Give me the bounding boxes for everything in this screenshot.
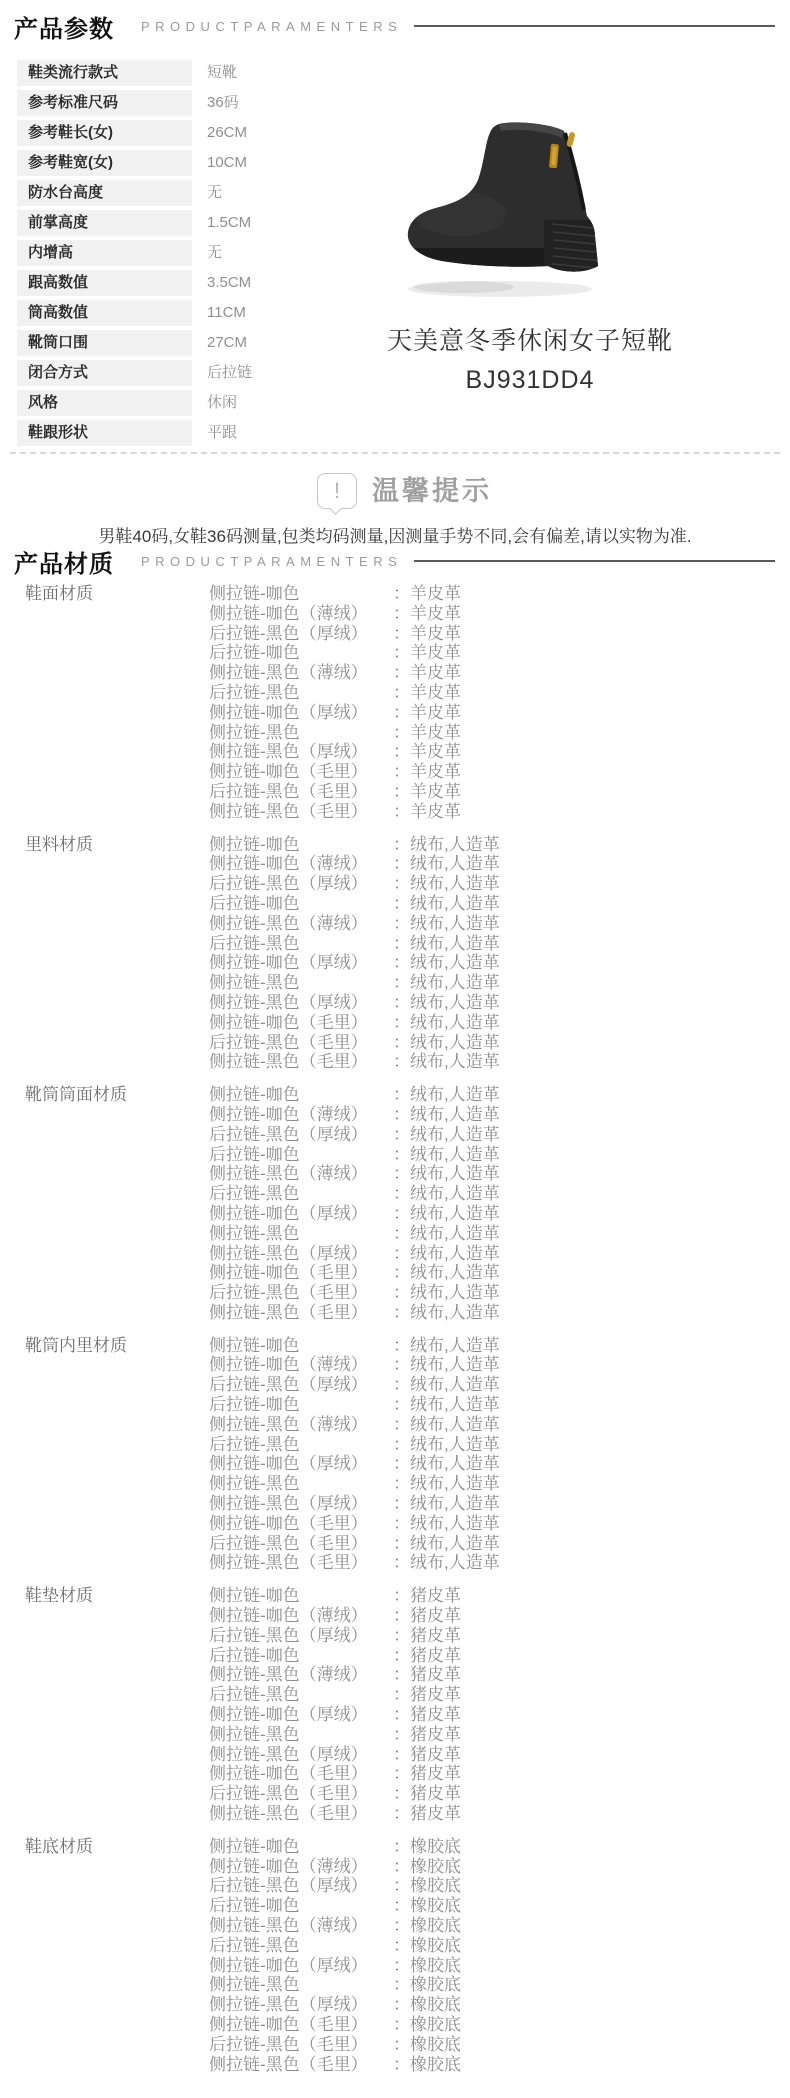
material-colon: ： xyxy=(393,1804,410,1824)
variant-name: 侧拉链-咖色（毛里） xyxy=(209,1764,393,1784)
material-value: 绒布,人造革 xyxy=(410,1283,500,1303)
material-row: 侧拉链-咖色（薄绒） ： 猪皮革 xyxy=(209,1606,775,1626)
spec-value: 休闲 xyxy=(207,390,237,416)
material-value: 绒布,人造革 xyxy=(410,1514,500,1534)
variant-name: 侧拉链-咖色（毛里） xyxy=(209,2015,393,2035)
variant-name: 侧拉链-黑色（厚绒） xyxy=(209,742,393,762)
material-row: 后拉链-黑色 ： 绒布,人造革 xyxy=(209,934,775,954)
variant-name: 侧拉链-咖色（薄绒） xyxy=(209,1857,393,1877)
variant-name: 侧拉链-黑色 xyxy=(209,1474,393,1494)
material-value: 猪皮革 xyxy=(410,1764,461,1784)
spec-label: 防水台高度 xyxy=(17,180,192,206)
material-category-label: 鞋底材质 xyxy=(17,1837,209,2075)
material-row: 侧拉链-咖色（厚绒） ： 猪皮革 xyxy=(209,1705,775,1725)
material-row: 侧拉链-黑色 ： 猪皮革 xyxy=(209,1725,775,1745)
material-value: 绒布,人造革 xyxy=(410,1052,500,1072)
variant-name: 侧拉链-咖色（毛里） xyxy=(209,1013,393,1033)
variant-name: 侧拉链-咖色 xyxy=(209,584,393,604)
material-colon: ： xyxy=(393,1685,410,1705)
material-value: 绒布,人造革 xyxy=(410,973,500,993)
material-row: 后拉链-咖色 ： 绒布,人造革 xyxy=(209,1395,775,1415)
spec-value: 无 xyxy=(207,240,222,266)
header-rule xyxy=(414,560,775,562)
material-colon: ： xyxy=(393,1916,410,1936)
header-rule xyxy=(414,25,775,27)
material-value: 绒布,人造革 xyxy=(410,934,500,954)
variant-name: 侧拉链-咖色 xyxy=(209,1336,393,1356)
variant-name: 侧拉链-黑色（薄绒） xyxy=(209,1415,393,1435)
material-row: 侧拉链-咖色（毛里） ： 绒布,人造革 xyxy=(209,1263,775,1283)
material-row: 侧拉链-黑色 ： 绒布,人造革 xyxy=(209,973,775,993)
material-value: 橡胶底 xyxy=(410,1956,461,1976)
variant-name: 侧拉链-黑色 xyxy=(209,1975,393,1995)
material-rows: 侧拉链-咖色 ： 绒布,人造革 侧拉链-咖色（薄绒） ： 绒布,人造革 后拉链-… xyxy=(209,1085,775,1323)
variant-name: 后拉链-黑色 xyxy=(209,934,393,954)
variant-name: 侧拉链-黑色（薄绒） xyxy=(209,1916,393,1936)
variant-name: 侧拉链-黑色 xyxy=(209,973,393,993)
spec-value: 3.5CM xyxy=(207,270,251,296)
material-row: 后拉链-黑色（厚绒） ： 绒布,人造革 xyxy=(209,874,775,894)
material-colon: ： xyxy=(393,1204,410,1224)
material-row: 侧拉链-黑色（薄绒） ： 橡胶底 xyxy=(209,1916,775,1936)
material-value: 绒布,人造革 xyxy=(410,1033,500,1053)
variant-name: 侧拉链-咖色（薄绒） xyxy=(209,854,393,874)
variant-name: 侧拉链-咖色（厚绒） xyxy=(209,953,393,973)
material-colon: ： xyxy=(393,1052,410,1072)
material-colon: ： xyxy=(393,854,410,874)
material-colon: ： xyxy=(393,1784,410,1804)
material-colon: ： xyxy=(393,1857,410,1877)
material-value: 羊皮革 xyxy=(410,604,461,624)
material-value: 绒布,人造革 xyxy=(410,1435,500,1455)
material-row: 侧拉链-咖色 ： 绒布,人造革 xyxy=(209,1336,775,1356)
material-colon: ： xyxy=(393,934,410,954)
params-header-title: 产品参数 xyxy=(14,9,114,44)
material-value: 绒布,人造革 xyxy=(410,1553,500,1573)
material-row: 后拉链-咖色 ： 猪皮革 xyxy=(209,1646,775,1666)
material-value: 绒布,人造革 xyxy=(410,1303,500,1323)
material-colon: ： xyxy=(393,1745,410,1765)
exclamation-glyph: ! xyxy=(334,478,340,503)
material-value: 绒布,人造革 xyxy=(410,1336,500,1356)
material-value: 绒布,人造革 xyxy=(410,1013,500,1033)
spec-label: 鞋跟形状 xyxy=(17,420,192,446)
material-value: 羊皮革 xyxy=(410,802,461,822)
spec-label: 内增高 xyxy=(17,240,192,266)
spec-label: 参考鞋宽(女) xyxy=(17,150,192,176)
material-value: 猪皮革 xyxy=(410,1606,461,1626)
material-value: 羊皮革 xyxy=(410,742,461,762)
material-colon: ： xyxy=(393,584,410,604)
material-row: 后拉链-黑色（厚绒） ： 猪皮革 xyxy=(209,1626,775,1646)
material-colon: ： xyxy=(393,1876,410,1896)
material-value: 猪皮革 xyxy=(410,1586,461,1606)
variant-name: 侧拉链-黑色（薄绒） xyxy=(209,914,393,934)
material-row: 侧拉链-咖色 ： 猪皮革 xyxy=(209,1586,775,1606)
material-row: 后拉链-黑色（厚绒） ： 绒布,人造革 xyxy=(209,1125,775,1145)
material-colon: ： xyxy=(393,1705,410,1725)
spec-label: 闭合方式 xyxy=(17,360,192,386)
material-colon: ： xyxy=(393,1606,410,1626)
material-colon: ： xyxy=(393,1105,410,1125)
material-row: 后拉链-黑色 ： 绒布,人造革 xyxy=(209,1184,775,1204)
variant-name: 后拉链-黑色（厚绒） xyxy=(209,1626,393,1646)
material-row: 侧拉链-黑色（厚绒） ： 猪皮革 xyxy=(209,1745,775,1765)
material-section: 靴筒内里材质 侧拉链-咖色 ： 绒布,人造革 侧拉链-咖色（薄绒） ： 绒布,人… xyxy=(17,1336,775,1574)
material-row: 侧拉链-黑色（毛里） ： 猪皮革 xyxy=(209,1804,775,1824)
variant-name: 侧拉链-咖色（薄绒） xyxy=(209,1606,393,1626)
material-row: 侧拉链-黑色（毛里） ： 橡胶底 xyxy=(209,2055,775,2075)
material-value: 橡胶底 xyxy=(410,1975,461,1995)
material-rows: 侧拉链-咖色 ： 绒布,人造革 侧拉链-咖色（薄绒） ： 绒布,人造革 后拉链-… xyxy=(209,1336,775,1574)
variant-name: 侧拉链-咖色（薄绒） xyxy=(209,604,393,624)
variant-name: 侧拉链-黑色（厚绒） xyxy=(209,1244,393,1264)
material-colon: ： xyxy=(393,742,410,762)
variant-name: 后拉链-黑色（毛里） xyxy=(209,2035,393,2055)
material-colon: ： xyxy=(393,1283,410,1303)
material-colon: ： xyxy=(393,1355,410,1375)
spec-table-row: 鞋类流行款式 短靴 xyxy=(17,60,637,90)
variant-name: 后拉链-黑色 xyxy=(209,1184,393,1204)
material-row: 后拉链-黑色（毛里） ： 羊皮革 xyxy=(209,782,775,802)
material-colon: ： xyxy=(393,1435,410,1455)
material-category-label: 鞋垫材质 xyxy=(17,1586,209,1824)
variant-name: 侧拉链-咖色（薄绒） xyxy=(209,1105,393,1125)
material-row: 侧拉链-咖色（毛里） ： 绒布,人造革 xyxy=(209,1013,775,1033)
material-row: 侧拉链-咖色（厚绒） ： 绒布,人造革 xyxy=(209,953,775,973)
material-colon: ： xyxy=(393,874,410,894)
product-photo-boot xyxy=(402,118,620,308)
material-value: 绒布,人造革 xyxy=(410,1085,500,1105)
material-row: 后拉链-咖色 ： 羊皮革 xyxy=(209,643,775,663)
material-value: 羊皮革 xyxy=(410,663,461,683)
material-colon: ： xyxy=(393,624,410,644)
material-colon: ： xyxy=(393,1224,410,1244)
material-row: 后拉链-黑色（厚绒） ： 绒布,人造革 xyxy=(209,1375,775,1395)
material-category-label: 靴筒内里材质 xyxy=(17,1336,209,1574)
material-row: 侧拉链-黑色（薄绒） ： 绒布,人造革 xyxy=(209,1164,775,1184)
material-row: 后拉链-咖色 ： 橡胶底 xyxy=(209,1896,775,1916)
material-rows: 侧拉链-咖色 ： 猪皮革 侧拉链-咖色（薄绒） ： 猪皮革 后拉链-黑色（厚绒）… xyxy=(209,1586,775,1824)
params-header-subtitle: PRODUCTPARAMENTERS xyxy=(141,19,402,34)
variant-name: 后拉链-黑色（毛里） xyxy=(209,1283,393,1303)
variant-name: 后拉链-黑色（毛里） xyxy=(209,1784,393,1804)
material-value: 橡胶底 xyxy=(410,1876,461,1896)
spec-value: 11CM xyxy=(207,300,246,326)
material-colon: ： xyxy=(393,762,410,782)
material-colon: ： xyxy=(393,1626,410,1646)
material-value: 绒布,人造革 xyxy=(410,1454,500,1474)
material-row: 侧拉链-黑色 ： 羊皮革 xyxy=(209,723,775,743)
variant-name: 后拉链-咖色 xyxy=(209,1646,393,1666)
material-value: 绒布,人造革 xyxy=(410,1355,500,1375)
material-colon: ： xyxy=(393,1665,410,1685)
material-colon: ： xyxy=(393,1125,410,1145)
material-value: 绒布,人造革 xyxy=(410,1474,500,1494)
spec-value: 27CM xyxy=(207,330,247,356)
exclamation-icon: ! xyxy=(317,473,357,509)
material-row: 侧拉链-黑色（毛里） ： 绒布,人造革 xyxy=(209,1553,775,1573)
material-colon: ： xyxy=(393,1303,410,1323)
variant-name: 侧拉链-咖色（厚绒） xyxy=(209,1204,393,1224)
material-value: 绒布,人造革 xyxy=(410,1395,500,1415)
material-section: 鞋底材质 侧拉链-咖色 ： 橡胶底 侧拉链-咖色（薄绒） ： 橡胶底 后拉链-黑… xyxy=(17,1837,775,2075)
material-value: 橡胶底 xyxy=(410,1936,461,1956)
variant-name: 侧拉链-黑色（薄绒） xyxy=(209,663,393,683)
material-colon: ： xyxy=(393,1975,410,1995)
material-value: 绒布,人造革 xyxy=(410,1375,500,1395)
product-name: 天美意冬季休闲女子短靴 xyxy=(330,327,730,355)
variant-name: 后拉链-黑色（毛里） xyxy=(209,1033,393,1053)
material-colon: ： xyxy=(393,1586,410,1606)
material-colon: ： xyxy=(393,1646,410,1666)
material-row: 侧拉链-黑色 ： 绒布,人造革 xyxy=(209,1474,775,1494)
material-row: 侧拉链-黑色（毛里） ： 绒布,人造革 xyxy=(209,1052,775,1072)
material-value: 橡胶底 xyxy=(410,1896,461,1916)
material-section: 靴筒筒面材质 侧拉链-咖色 ： 绒布,人造革 侧拉链-咖色（薄绒） ： 绒布,人… xyxy=(17,1085,775,1323)
material-value: 羊皮革 xyxy=(410,782,461,802)
variant-name: 侧拉链-黑色（薄绒） xyxy=(209,1164,393,1184)
material-value: 猪皮革 xyxy=(410,1626,461,1646)
material-row: 后拉链-咖色 ： 绒布,人造革 xyxy=(209,894,775,914)
variant-name: 侧拉链-黑色（厚绒） xyxy=(209,1995,393,2015)
material-category-label: 鞋面材质 xyxy=(17,584,209,822)
spec-label: 风格 xyxy=(17,390,192,416)
material-row: 后拉链-黑色（毛里） ： 橡胶底 xyxy=(209,2035,775,2055)
variant-name: 侧拉链-咖色（厚绒） xyxy=(209,703,393,723)
material-colon: ： xyxy=(393,1263,410,1283)
variant-name: 后拉链-咖色 xyxy=(209,1145,393,1165)
variant-name: 后拉链-黑色（厚绒） xyxy=(209,874,393,894)
material-value: 橡胶底 xyxy=(410,2015,461,2035)
material-colon: ： xyxy=(393,802,410,822)
material-row: 侧拉链-咖色（薄绒） ： 绒布,人造革 xyxy=(209,1355,775,1375)
material-value: 羊皮革 xyxy=(410,703,461,723)
material-colon: ： xyxy=(393,1145,410,1165)
material-row: 侧拉链-咖色 ： 绒布,人造革 xyxy=(209,1085,775,1105)
material-category-label: 里料材质 xyxy=(17,835,209,1073)
material-row: 侧拉链-咖色（厚绒） ： 绒布,人造革 xyxy=(209,1454,775,1474)
material-value: 猪皮革 xyxy=(410,1665,461,1685)
spec-label: 鞋类流行款式 xyxy=(17,60,192,86)
variant-name: 后拉链-黑色（毛里） xyxy=(209,782,393,802)
material-row: 侧拉链-咖色（厚绒） ： 橡胶底 xyxy=(209,1956,775,1976)
material-colon: ： xyxy=(393,1454,410,1474)
material-colon: ： xyxy=(393,683,410,703)
product-detail-page: 产品参数 PRODUCTPARAMENTERS 鞋类流行款式 短靴 参考标准尺码… xyxy=(0,0,790,2098)
spec-table-row: 参考标准尺码 36码 xyxy=(17,90,637,120)
variant-name: 后拉链-黑色 xyxy=(209,683,393,703)
variant-name: 侧拉链-咖色（厚绒） xyxy=(209,1956,393,1976)
material-rows: 侧拉链-咖色 ： 羊皮革 侧拉链-咖色（薄绒） ： 羊皮革 后拉链-黑色（厚绒）… xyxy=(209,584,775,822)
material-value: 橡胶底 xyxy=(410,1837,461,1857)
material-colon: ： xyxy=(393,1395,410,1415)
material-rows: 侧拉链-咖色 ： 绒布,人造革 侧拉链-咖色（薄绒） ： 绒布,人造革 后拉链-… xyxy=(209,835,775,1073)
material-value: 羊皮革 xyxy=(410,643,461,663)
variant-name: 侧拉链-黑色 xyxy=(209,723,393,743)
material-colon: ： xyxy=(393,1764,410,1784)
material-row: 侧拉链-黑色（薄绒） ： 羊皮革 xyxy=(209,663,775,683)
material-row: 后拉链-黑色 ： 绒布,人造革 xyxy=(209,1435,775,1455)
spec-value: 10CM xyxy=(207,150,247,176)
variant-name: 后拉链-黑色 xyxy=(209,1435,393,1455)
variant-name: 侧拉链-咖色（薄绒） xyxy=(209,1355,393,1375)
material-value: 绒布,人造革 xyxy=(410,1534,500,1554)
material-row: 侧拉链-黑色（毛里） ： 羊皮革 xyxy=(209,802,775,822)
spec-label: 跟高数值 xyxy=(17,270,192,296)
variant-name: 后拉链-黑色（厚绒） xyxy=(209,1125,393,1145)
material-value: 猪皮革 xyxy=(410,1725,461,1745)
material-row: 后拉链-黑色（毛里） ： 绒布,人造革 xyxy=(209,1534,775,1554)
material-value: 绒布,人造革 xyxy=(410,1494,500,1514)
material-row: 后拉链-黑色 ： 橡胶底 xyxy=(209,1936,775,1956)
material-value: 绒布,人造革 xyxy=(410,835,500,855)
material-row: 侧拉链-咖色（毛里） ： 猪皮革 xyxy=(209,1764,775,1784)
variant-name: 侧拉链-黑色（毛里） xyxy=(209,1553,393,1573)
material-row: 侧拉链-黑色（薄绒） ： 绒布,人造革 xyxy=(209,1415,775,1435)
material-value: 绒布,人造革 xyxy=(410,854,500,874)
material-colon: ： xyxy=(393,1033,410,1053)
spec-value: 36码 xyxy=(207,90,239,116)
material-colon: ： xyxy=(393,2035,410,2055)
material-value: 绒布,人造革 xyxy=(410,1224,500,1244)
variant-name: 侧拉链-黑色（厚绒） xyxy=(209,1494,393,1514)
material-row: 侧拉链-咖色（厚绒） ： 绒布,人造革 xyxy=(209,1204,775,1224)
material-colon: ： xyxy=(393,1244,410,1264)
material-colon: ： xyxy=(393,914,410,934)
material-value: 绒布,人造革 xyxy=(410,1125,500,1145)
material-row: 侧拉链-黑色（厚绒） ： 绒布,人造革 xyxy=(209,1494,775,1514)
material-row: 侧拉链-咖色（厚绒） ： 羊皮革 xyxy=(209,703,775,723)
material-row: 侧拉链-咖色（薄绒） ： 绒布,人造革 xyxy=(209,854,775,874)
material-colon: ： xyxy=(393,835,410,855)
material-value: 猪皮革 xyxy=(410,1745,461,1765)
variant-name: 后拉链-黑色（厚绒） xyxy=(209,1876,393,1896)
material-colon: ： xyxy=(393,604,410,624)
notice-title: 温馨提示 xyxy=(372,469,492,508)
variant-name: 侧拉链-黑色 xyxy=(209,1224,393,1244)
material-colon: ： xyxy=(393,2015,410,2035)
variant-name: 后拉链-咖色 xyxy=(209,894,393,914)
material-colon: ： xyxy=(393,1534,410,1554)
material-value: 绒布,人造革 xyxy=(410,1204,500,1224)
material-section: 里料材质 侧拉链-咖色 ： 绒布,人造革 侧拉链-咖色（薄绒） ： 绒布,人造革… xyxy=(17,835,775,1073)
material-row: 侧拉链-咖色（薄绒） ： 橡胶底 xyxy=(209,1857,775,1877)
spec-label: 参考鞋长(女) xyxy=(17,120,192,146)
params-header: 产品参数 PRODUCTPARAMENTERS xyxy=(14,10,775,42)
material-value: 猪皮革 xyxy=(410,1705,461,1725)
material-row: 侧拉链-黑色（毛里） ： 绒布,人造革 xyxy=(209,1303,775,1323)
material-value: 橡胶底 xyxy=(410,2035,461,2055)
material-row: 侧拉链-黑色（薄绒） ： 猪皮革 xyxy=(209,1665,775,1685)
variant-name: 侧拉链-咖色（厚绒） xyxy=(209,1705,393,1725)
material-value: 绒布,人造革 xyxy=(410,1145,500,1165)
material-row: 侧拉链-咖色（毛里） ： 橡胶底 xyxy=(209,2015,775,2035)
material-row: 侧拉链-黑色 ： 橡胶底 xyxy=(209,1975,775,1995)
material-value: 羊皮革 xyxy=(410,762,461,782)
material-row: 侧拉链-黑色（厚绒） ： 绒布,人造革 xyxy=(209,1244,775,1264)
material-colon: ： xyxy=(393,1553,410,1573)
material-colon: ： xyxy=(393,973,410,993)
variant-name: 后拉链-黑色 xyxy=(209,1685,393,1705)
material-colon: ： xyxy=(393,1494,410,1514)
materials-header: 产品材质 PRODUCTPARAMENTERS xyxy=(14,545,775,577)
material-colon: ： xyxy=(393,663,410,683)
variant-name: 侧拉链-咖色（毛里） xyxy=(209,1263,393,1283)
variant-name: 侧拉链-黑色（厚绒） xyxy=(209,993,393,1013)
material-colon: ： xyxy=(393,953,410,973)
material-row: 侧拉链-咖色（薄绒） ： 绒布,人造革 xyxy=(209,1105,775,1125)
material-colon: ： xyxy=(393,1164,410,1184)
material-colon: ： xyxy=(393,1474,410,1494)
notice-text: 男鞋40码,女鞋36码测量,包类均码测量,因测量手势不同,会有偏差,请以实物为准… xyxy=(0,522,790,547)
material-colon: ： xyxy=(393,1514,410,1534)
material-value: 绒布,人造革 xyxy=(410,914,500,934)
materials-header-title: 产品材质 xyxy=(14,544,114,579)
material-value: 绒布,人造革 xyxy=(410,953,500,973)
material-row: 侧拉链-黑色（厚绒） ： 橡胶底 xyxy=(209,1995,775,2015)
variant-name: 后拉链-黑色 xyxy=(209,1936,393,1956)
spec-label: 前掌高度 xyxy=(17,210,192,236)
material-row: 后拉链-黑色（毛里） ： 绒布,人造革 xyxy=(209,1283,775,1303)
material-colon: ： xyxy=(393,1184,410,1204)
material-row: 后拉链-黑色（厚绒） ： 橡胶底 xyxy=(209,1876,775,1896)
material-value: 绒布,人造革 xyxy=(410,993,500,1013)
variant-name: 侧拉链-黑色（毛里） xyxy=(209,1052,393,1072)
material-colon: ： xyxy=(393,1995,410,2015)
material-row: 后拉链-黑色（厚绒） ： 羊皮革 xyxy=(209,624,775,644)
material-row: 后拉链-黑色 ： 羊皮革 xyxy=(209,683,775,703)
variant-name: 侧拉链-咖色（毛里） xyxy=(209,1514,393,1534)
material-colon: ： xyxy=(393,2055,410,2075)
material-row: 侧拉链-咖色（薄绒） ： 羊皮革 xyxy=(209,604,775,624)
spec-label: 参考标准尺码 xyxy=(17,90,192,116)
material-rows: 侧拉链-咖色 ： 橡胶底 侧拉链-咖色（薄绒） ： 橡胶底 后拉链-黑色（厚绒）… xyxy=(209,1837,775,2075)
product-title-block: 天美意冬季休闲女子短靴 BJ931DD4 xyxy=(330,327,730,395)
material-value: 橡胶底 xyxy=(410,2055,461,2075)
variant-name: 侧拉链-咖色（厚绒） xyxy=(209,1454,393,1474)
material-value: 羊皮革 xyxy=(410,624,461,644)
material-value: 猪皮革 xyxy=(410,1804,461,1824)
dashed-divider xyxy=(10,452,780,454)
material-value: 绒布,人造革 xyxy=(410,1164,500,1184)
materials-list: 鞋面材质 侧拉链-咖色 ： 羊皮革 侧拉链-咖色（薄绒） ： 羊皮革 后拉链-黑… xyxy=(17,584,775,2087)
material-category-label: 靴筒筒面材质 xyxy=(17,1085,209,1323)
variant-name: 后拉链-黑色（厚绒） xyxy=(209,1375,393,1395)
material-row: 后拉链-黑色 ： 猪皮革 xyxy=(209,1685,775,1705)
material-colon: ： xyxy=(393,1725,410,1745)
material-row: 侧拉链-咖色 ： 羊皮革 xyxy=(209,584,775,604)
spec-value: 1.5CM xyxy=(207,210,251,236)
variant-name: 侧拉链-黑色（毛里） xyxy=(209,2055,393,2075)
spec-value: 平跟 xyxy=(207,420,237,446)
material-colon: ： xyxy=(393,1085,410,1105)
variant-name: 侧拉链-咖色 xyxy=(209,1586,393,1606)
material-colon: ： xyxy=(393,723,410,743)
material-colon: ： xyxy=(393,1336,410,1356)
material-value: 羊皮革 xyxy=(410,584,461,604)
variant-name: 侧拉链-黑色（薄绒） xyxy=(209,1665,393,1685)
spec-table-row: 鞋跟形状 平跟 xyxy=(17,420,637,450)
material-colon: ： xyxy=(393,1013,410,1033)
material-value: 猪皮革 xyxy=(410,1646,461,1666)
spec-label: 筒高数值 xyxy=(17,300,192,326)
material-colon: ： xyxy=(393,1415,410,1435)
material-row: 侧拉链-黑色（薄绒） ： 绒布,人造革 xyxy=(209,914,775,934)
material-row: 侧拉链-黑色（厚绒） ： 羊皮革 xyxy=(209,742,775,762)
variant-name: 侧拉链-咖色 xyxy=(209,835,393,855)
material-value: 绒布,人造革 xyxy=(410,1105,500,1125)
